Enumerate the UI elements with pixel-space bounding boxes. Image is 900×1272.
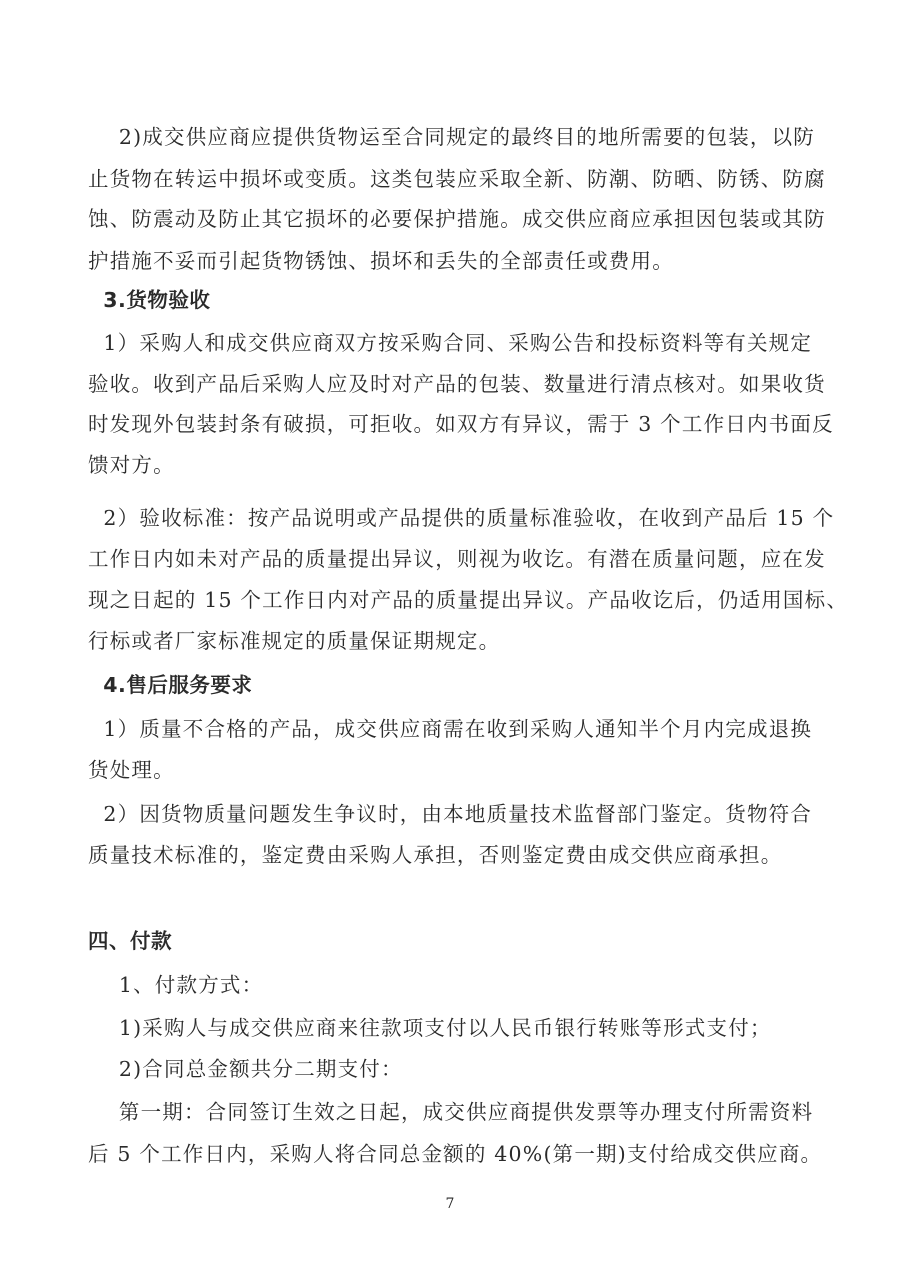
paragraph-acceptance-2-line-1: 2）验收标准：按产品说明或产品提供的质量标准验收，在收到产品后 15 个: [88, 505, 808, 531]
paragraph-after-sales-1-line-1: 1）质量不合格的产品，成交供应商需在收到采购人通知半个月内完成退换: [88, 716, 808, 742]
paragraph-packaging-line-4: 护措施不妥而引起货物锈蚀、损坏和丢失的全部责任或费用。: [88, 248, 808, 274]
payment-method-label: 1、付款方式：: [88, 972, 808, 998]
payment-phase-1-line-1: 第一期：合同签订生效之日起，成交供应商提供发票等办理支付所需资料: [88, 1099, 808, 1125]
heading-after-sales: 4.售后服务要求: [88, 672, 808, 698]
paragraph-acceptance-2-line-4: 行标或者厂家标准规定的质量保证期规定。: [88, 628, 808, 654]
payment-item-1: 1)采购人与成交供应商来往款项支付以人民币银行转账等形式支付；: [88, 1015, 808, 1041]
document-page: 2)成交供应商应提供货物运至合同规定的最终目的地所需要的包装，以防 止货物在转运…: [0, 0, 900, 1272]
paragraph-acceptance-1-line-1: 1）采购人和成交供应商双方按采购合同、采购公告和投标资料等有关规定: [88, 330, 808, 356]
paragraph-acceptance-2-line-3: 现之日起的 15 个工作日内对产品的质量提出异议。产品收讫后，仍适用国标、: [88, 587, 808, 613]
page-number: 7: [0, 1196, 900, 1212]
heading-acceptance: 3.货物验收: [88, 287, 808, 313]
paragraph-after-sales-2-line-2: 质量技术标准的，鉴定费由采购人承担，否则鉴定费由成交供应商承担。: [88, 842, 808, 868]
paragraph-after-sales-1-line-2: 货处理。: [88, 757, 808, 783]
paragraph-packaging-line-3: 蚀、防震动及防止其它损坏的必要保护措施。成交供应商应承担因包装或其防: [88, 206, 808, 232]
paragraph-acceptance-2-line-2: 工作日内如未对产品的质量提出异议，则视为收讫。有潜在质量问题，应在发: [88, 546, 808, 572]
paragraph-acceptance-1-line-4: 馈对方。: [88, 452, 808, 478]
paragraph-after-sales-2-line-1: 2）因货物质量问题发生争议时，由本地质量技术监督部门鉴定。货物符合: [88, 801, 808, 827]
payment-phase-1-line-2: 后 5 个工作日内，采购人将合同总金额的 40%(第一期)支付给成交供应商。: [88, 1141, 808, 1167]
payment-item-2: 2)合同总金额共分二期支付：: [88, 1056, 808, 1082]
paragraph-packaging-line-2: 止货物在转运中损坏或变质。这类包装应采取全新、防潮、防晒、防锈、防腐: [88, 166, 808, 192]
paragraph-acceptance-1-line-3: 时发现外包装封条有破损，可拒收。如双方有异议，需于 3 个工作日内书面反: [88, 411, 808, 437]
paragraph-acceptance-1-line-2: 验收。收到产品后采购人应及时对产品的包装、数量进行清点核对。如果收货: [88, 371, 808, 397]
paragraph-packaging-line-1: 2)成交供应商应提供货物运至合同规定的最终目的地所需要的包装，以防: [88, 124, 808, 150]
heading-payment: 四、付款: [88, 928, 808, 954]
